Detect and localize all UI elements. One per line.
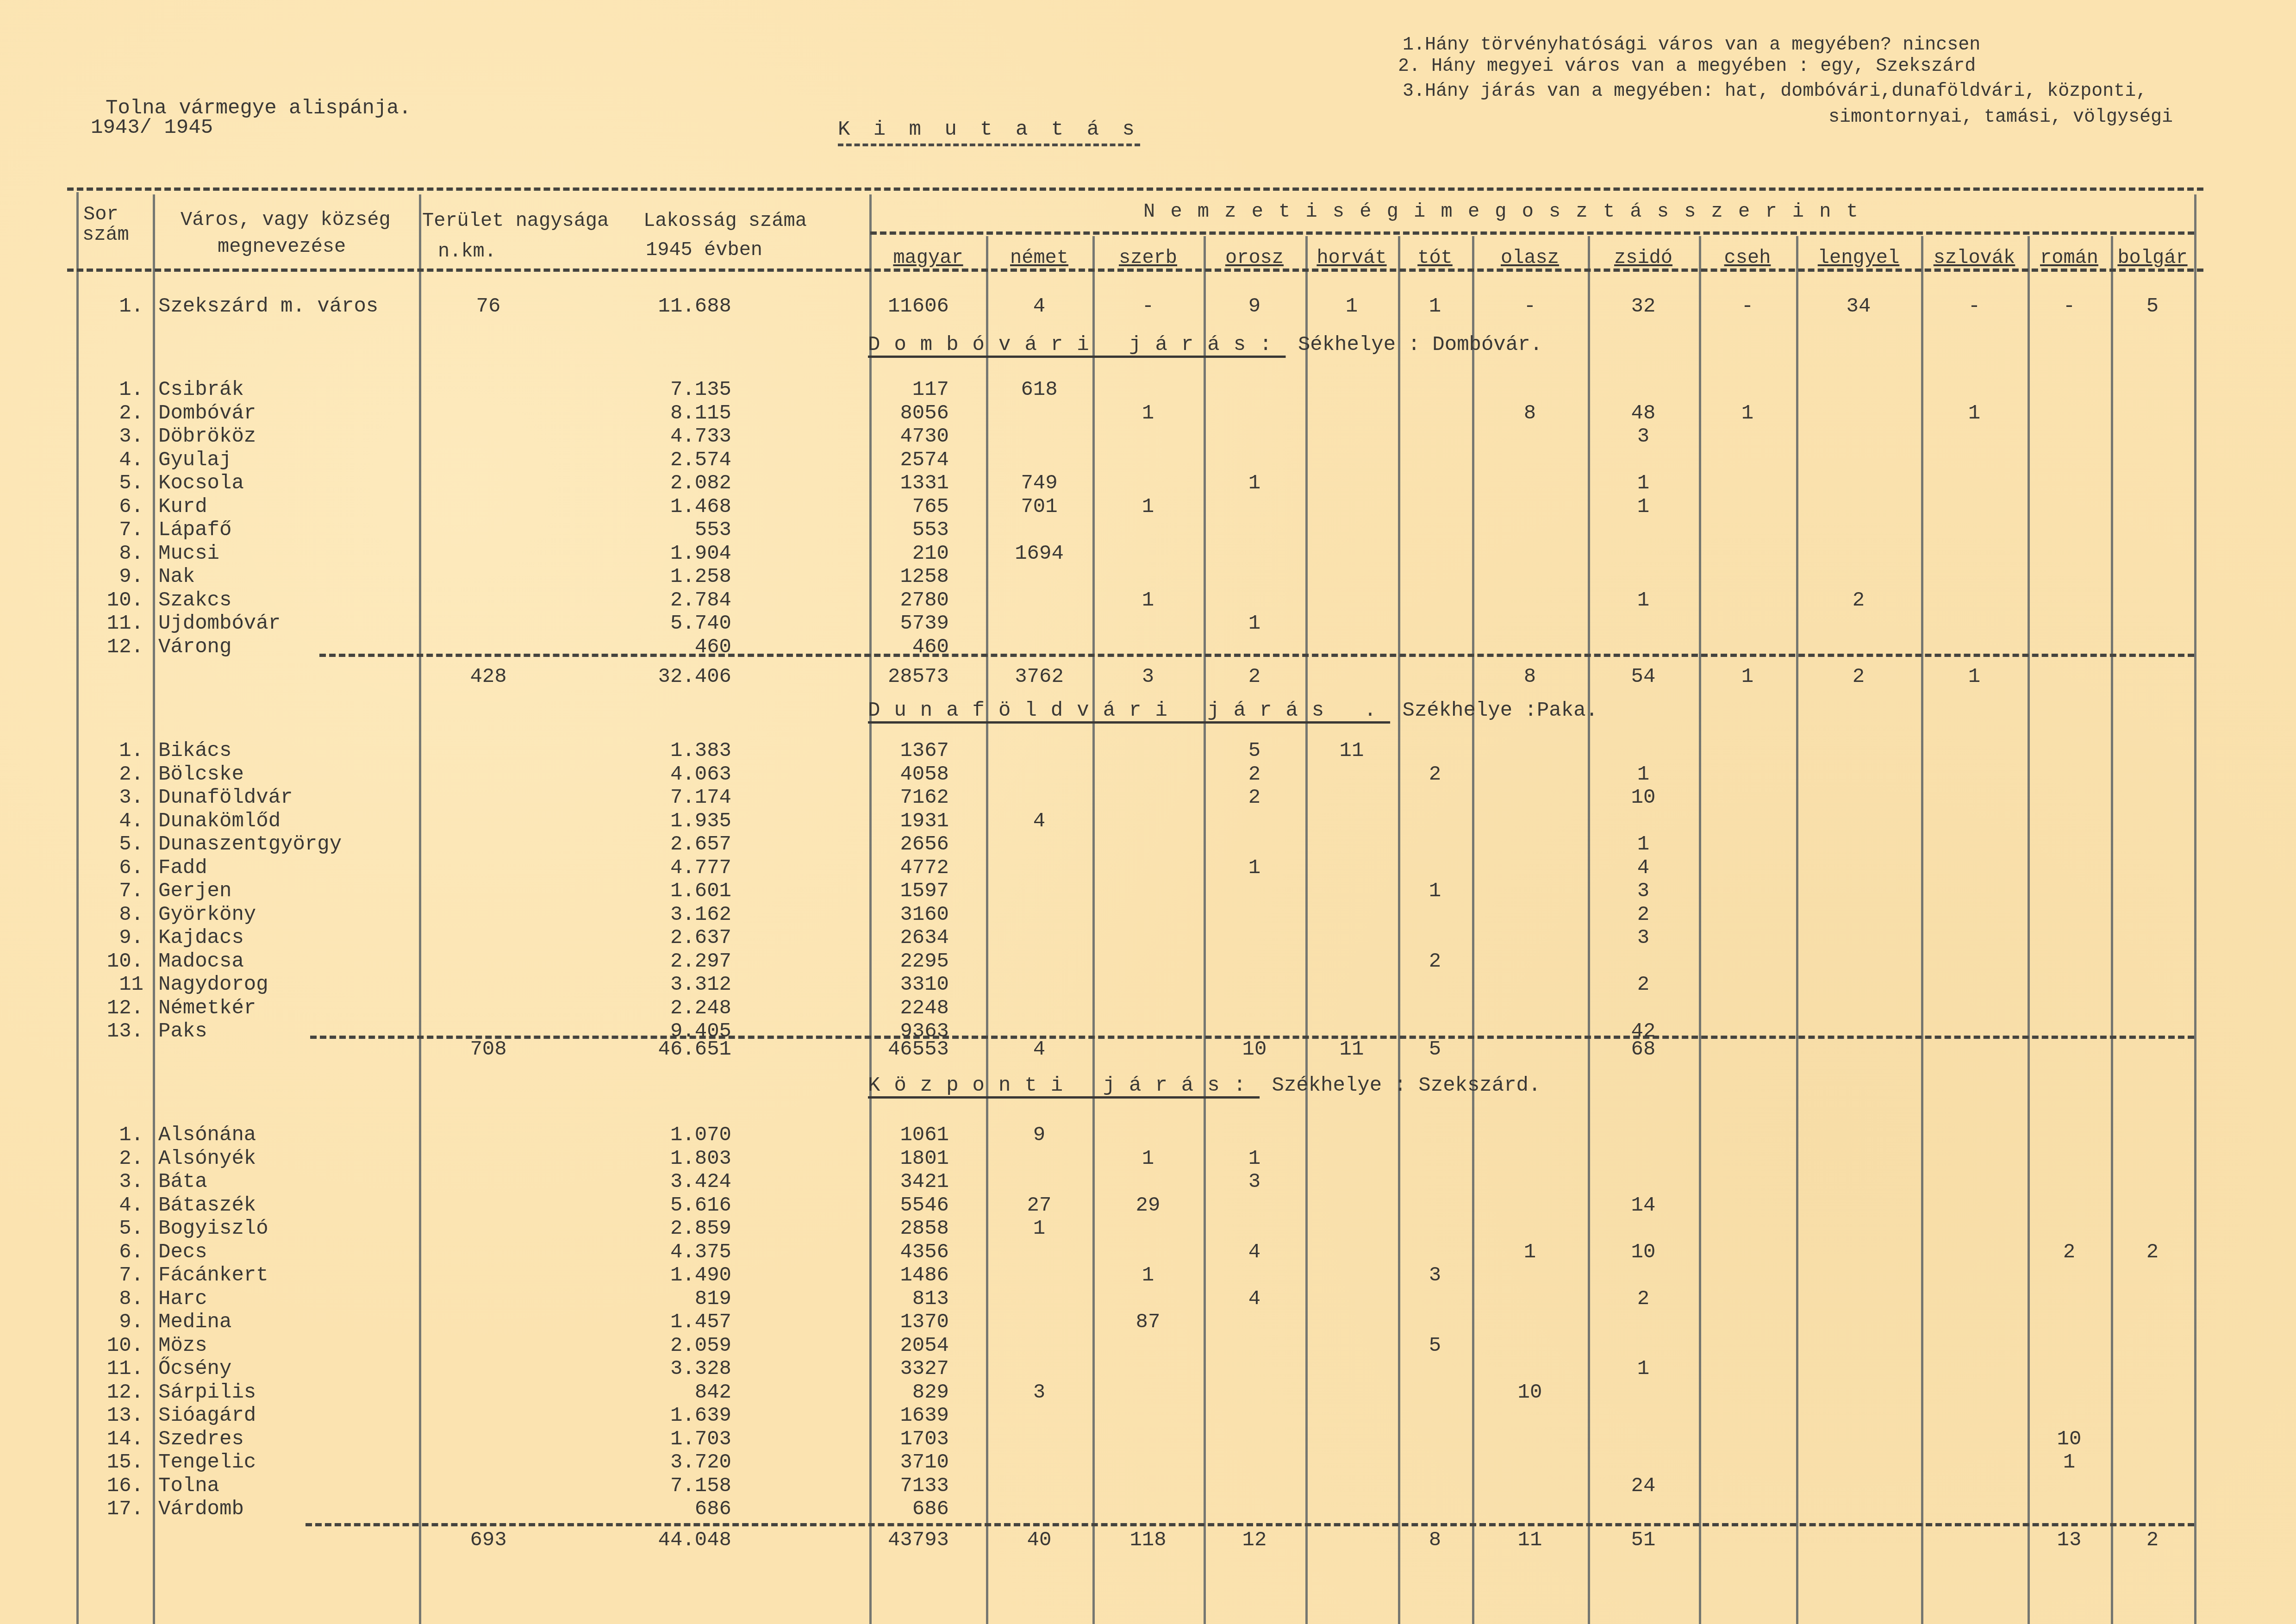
row-number: 10. xyxy=(79,951,143,972)
row-number: 6. xyxy=(79,497,143,517)
population-value: 7.158 xyxy=(620,1476,731,1496)
cell-szerb: 1 xyxy=(1092,590,1204,611)
municipality-name: Bátaszék xyxy=(158,1195,418,1216)
cell-orosz: 12 xyxy=(1204,1530,1305,1550)
issuer-label: Tolna vármegye alispánja. xyxy=(106,98,411,119)
population-value: 7.135 xyxy=(620,380,731,400)
column-rule xyxy=(1398,236,1400,1624)
cell-magyar: 553 xyxy=(870,520,949,540)
municipality-name: Nak xyxy=(158,567,418,587)
population-value: 46.651 xyxy=(620,1039,731,1060)
population-value: 3.162 xyxy=(620,905,731,925)
population-value: 2.784 xyxy=(620,590,731,611)
cell-olasz: - xyxy=(1472,296,1588,317)
cell-német: 749 xyxy=(986,473,1092,493)
row-number: 5. xyxy=(79,1218,143,1239)
municipality-name: Mözs xyxy=(158,1336,418,1356)
population-value: 2.297 xyxy=(620,951,731,972)
cell-orosz: 3 xyxy=(1204,1172,1305,1192)
cell-orosz: 4 xyxy=(1204,1289,1305,1309)
cell-román: - xyxy=(2028,296,2111,317)
population-value: 1.457 xyxy=(620,1312,731,1332)
column-rule xyxy=(2111,236,2113,1624)
cell-tót: 1 xyxy=(1398,881,1472,901)
column-rule xyxy=(1305,236,1308,1624)
cell-német: 3 xyxy=(986,1382,1092,1403)
col-header-szerb: szerb xyxy=(1092,246,1204,269)
cell-horvát: 11 xyxy=(1305,1039,1398,1060)
municipality-name: Medina xyxy=(158,1312,418,1332)
cell-bolgár: 5 xyxy=(2111,296,2194,317)
municipality-name: Lápafő xyxy=(158,520,418,540)
population-value: 1.703 xyxy=(620,1429,731,1449)
cell-magyar: 1486 xyxy=(870,1265,949,1286)
cell-tót: 8 xyxy=(1398,1530,1472,1550)
cell-magyar: 460 xyxy=(870,637,949,657)
area-value: 708 xyxy=(419,1039,558,1060)
col-header-name-2: megnevezése xyxy=(218,235,346,258)
row-number: 13. xyxy=(79,1021,143,1042)
cell-magyar: 2248 xyxy=(870,998,949,1018)
district-seat: Székhelye :Paka. xyxy=(1403,699,1598,722)
col-header-magyar: magyar xyxy=(870,246,986,269)
cell-román: 10 xyxy=(2028,1429,2111,1449)
district-seat: Sékhelye : Dombóvár. xyxy=(1298,333,1542,356)
district-title: Dombóvári járás: Sékhelye : Dombóvár. xyxy=(868,333,1542,356)
cell-német: 1694 xyxy=(986,543,1092,564)
municipality-name: Madocsa xyxy=(158,951,418,972)
cell-szerb: 1 xyxy=(1092,1149,1204,1169)
population-value: 1.070 xyxy=(620,1125,731,1145)
cell-magyar: 7133 xyxy=(870,1476,949,1496)
cell-magyar: 46553 xyxy=(870,1039,949,1060)
question-3: 3.Hány járás van a megyében: hat, dombóv… xyxy=(1403,82,2147,101)
cell-orosz: 4 xyxy=(1204,1242,1305,1262)
population-value: 11.688 xyxy=(620,296,731,317)
cell-zsidó: 2 xyxy=(1588,905,1699,925)
cell-orosz: 2 xyxy=(1204,764,1305,785)
cell-magyar: 2295 xyxy=(870,951,949,972)
cell-szerb: 3 xyxy=(1092,667,1204,687)
cell-magyar: 813 xyxy=(870,1289,949,1309)
cell-magyar: 7162 xyxy=(870,787,949,808)
cell-magyar: 3310 xyxy=(870,974,949,995)
col-header-sor: Sor xyxy=(83,203,119,226)
cell-horvát: 11 xyxy=(1305,741,1398,761)
municipality-name: Tolna xyxy=(158,1476,418,1496)
population-value: 1.468 xyxy=(620,497,731,517)
municipality-name: Gyulaj xyxy=(158,450,418,470)
col-header-német: német xyxy=(986,246,1092,269)
cell-zsidó: 14 xyxy=(1588,1195,1699,1216)
row-number: 16. xyxy=(79,1476,143,1496)
municipality-name: Németkér xyxy=(158,998,418,1018)
col-header-horvát: horvát xyxy=(1305,246,1398,269)
col-header-tót: tót xyxy=(1398,246,1472,269)
population-value: 3.312 xyxy=(620,974,731,995)
cell-magyar: 3710 xyxy=(870,1452,949,1473)
row-number: 3. xyxy=(79,787,143,808)
municipality-name: Gerjen xyxy=(158,881,418,901)
cell-magyar: 210 xyxy=(870,543,949,564)
row-number: 9. xyxy=(79,928,143,948)
cell-zsidó: 3 xyxy=(1588,881,1699,901)
municipality-name: Sióagárd xyxy=(158,1405,418,1426)
municipality-name: Dombóvár xyxy=(158,403,418,424)
population-value: 819 xyxy=(620,1289,731,1309)
year-label: 1943/ 1945 xyxy=(91,118,213,138)
municipality-name: Sárpilis xyxy=(158,1382,418,1403)
col-header-lengyel: lengyel xyxy=(1796,246,1921,269)
population-value: 8.115 xyxy=(620,403,731,424)
cell-magyar: 2858 xyxy=(870,1218,949,1239)
population-value: 2.059 xyxy=(620,1336,731,1356)
cell-német: 4 xyxy=(986,1039,1092,1060)
cell-magyar: 1370 xyxy=(870,1312,949,1332)
cell-orosz: 1 xyxy=(1204,473,1305,493)
population-value: 460 xyxy=(620,637,731,657)
cell-zsidó: 3 xyxy=(1588,426,1699,447)
municipality-name: Őcsény xyxy=(158,1359,418,1379)
row-number: 2. xyxy=(79,403,143,424)
cell-szerb: - xyxy=(1092,296,1204,317)
row-number: 5. xyxy=(79,834,143,855)
row-rule xyxy=(306,1523,2194,1526)
cell-magyar: 1639 xyxy=(870,1405,949,1426)
cell-szlovák: 1 xyxy=(1921,403,2028,424)
cell-tót: 5 xyxy=(1398,1336,1472,1356)
row-rule xyxy=(67,187,2203,191)
cell-tót: 3 xyxy=(1398,1265,1472,1286)
question-3-continued: simontornyai, tamási, völgységi xyxy=(1828,108,2173,127)
cell-magyar: 829 xyxy=(870,1382,949,1403)
population-value: 3.424 xyxy=(620,1172,731,1192)
cell-német: 701 xyxy=(986,497,1092,517)
cell-orosz: 10 xyxy=(1204,1039,1305,1060)
municipality-name: Báta xyxy=(158,1172,418,1192)
column-rule xyxy=(2194,194,2196,1624)
cell-magyar: 117 xyxy=(870,380,949,400)
row-number: 1. xyxy=(79,741,143,761)
row-number: 4. xyxy=(79,450,143,470)
district-title: Dunaföldvári járás . Székhelye :Paka. xyxy=(868,699,1598,722)
population-value: 686 xyxy=(620,1499,731,1519)
column-rule xyxy=(1921,236,1923,1624)
municipality-name: Dunaföldvár xyxy=(158,787,418,808)
cell-orosz: 1 xyxy=(1204,1149,1305,1169)
cell-német: 27 xyxy=(986,1195,1092,1216)
district-seat: Székhelye : Szekszárd. xyxy=(1272,1074,1541,1097)
cell-magyar: 2634 xyxy=(870,928,949,948)
cell-szerb: 29 xyxy=(1092,1195,1204,1216)
cell-zsidó: 51 xyxy=(1588,1530,1699,1550)
cell-szerb: 1 xyxy=(1092,403,1204,424)
municipality-name: Paks xyxy=(158,1021,418,1042)
cell-német: 4 xyxy=(986,296,1092,317)
cell-magyar: 28573 xyxy=(870,667,949,687)
col-header-cseh: cseh xyxy=(1699,246,1796,269)
cell-magyar: 2054 xyxy=(870,1336,949,1356)
cell-magyar: 3327 xyxy=(870,1359,949,1379)
cell-zsidó: 32 xyxy=(1588,296,1699,317)
population-value: 1.383 xyxy=(620,741,731,761)
municipality-name: Fadd xyxy=(158,858,418,878)
municipality-name: Alsónyék xyxy=(158,1149,418,1169)
municipality-name: Dunaszentgyörgy xyxy=(158,834,418,855)
row-number: 12. xyxy=(79,1382,143,1403)
municipality-name: Csibrák xyxy=(158,380,418,400)
cell-német: 40 xyxy=(986,1530,1092,1550)
row-number: 13. xyxy=(79,1405,143,1426)
row-number: 8. xyxy=(79,543,143,564)
municipality-name: Bogyiszló xyxy=(158,1218,418,1239)
municipality-name: Várong xyxy=(158,637,418,657)
row-number: 14. xyxy=(79,1429,143,1449)
municipality-name: Harc xyxy=(158,1289,418,1309)
row-number: 7. xyxy=(79,881,143,901)
row-number: 8. xyxy=(79,1289,143,1309)
population-value: 44.048 xyxy=(620,1530,731,1550)
column-rule xyxy=(153,194,155,1624)
cell-szerb: 1 xyxy=(1092,1265,1204,1286)
col-header-bolgár: bolgár xyxy=(2111,246,2194,269)
row-number: 15. xyxy=(79,1452,143,1473)
cell-magyar: 8056 xyxy=(870,403,949,424)
population-value: 1.639 xyxy=(620,1405,731,1426)
cell-zsidó: 2 xyxy=(1588,1289,1699,1309)
cell-magyar: 1331 xyxy=(870,473,949,493)
population-value: 2.637 xyxy=(620,928,731,948)
row-number: 10. xyxy=(79,590,143,611)
population-value: 1.904 xyxy=(620,543,731,564)
row-number: 1. xyxy=(79,1125,143,1145)
municipality-name: Mucsi xyxy=(158,543,418,564)
population-value: 1.803 xyxy=(620,1149,731,1169)
row-rule xyxy=(319,654,2194,657)
cell-horvát: 1 xyxy=(1305,296,1398,317)
cell-román: 13 xyxy=(2028,1530,2111,1550)
cell-orosz: 5 xyxy=(1204,741,1305,761)
cell-zsidó: 68 xyxy=(1588,1039,1699,1060)
population-value: 5.616 xyxy=(620,1195,731,1216)
municipality-name: Bikács xyxy=(158,741,418,761)
column-rule xyxy=(2028,236,2030,1624)
cell-német: 9 xyxy=(986,1125,1092,1145)
cell-zsidó: 4 xyxy=(1588,858,1699,878)
cell-magyar: 686 xyxy=(870,1499,949,1519)
col-header-szam: szám xyxy=(82,223,129,246)
cell-zsidó: 1 xyxy=(1588,1359,1699,1379)
cell-magyar: 3421 xyxy=(870,1172,949,1192)
cell-magyar: 4730 xyxy=(870,426,949,447)
row-rule xyxy=(870,231,2194,235)
cell-zsidó: 1 xyxy=(1588,834,1699,855)
row-number: 3. xyxy=(79,1172,143,1192)
cell-zsidó: 48 xyxy=(1588,403,1699,424)
municipality-name: Fácánkert xyxy=(158,1265,418,1286)
column-rule xyxy=(1472,236,1474,1624)
population-value: 4.063 xyxy=(620,764,731,785)
cell-orosz: 2 xyxy=(1204,787,1305,808)
municipality-name: Bölcske xyxy=(158,764,418,785)
population-value: 2.574 xyxy=(620,450,731,470)
row-number: 12. xyxy=(79,637,143,657)
municipality-name: Várdomb xyxy=(158,1499,418,1519)
cell-orosz: 1 xyxy=(1204,858,1305,878)
cell-magyar: 2574 xyxy=(870,450,949,470)
district-name: Központi járás: xyxy=(868,1074,1260,1097)
cell-magyar: 765 xyxy=(870,497,949,517)
municipality-name: Alsónána xyxy=(158,1125,418,1145)
question-2: 2. Hány megyei város van a megyében : eg… xyxy=(1398,57,1976,76)
column-rule xyxy=(1699,236,1701,1624)
cell-magyar: 1931 xyxy=(870,811,949,831)
row-number: 4. xyxy=(79,811,143,831)
district-title: Központi járás: Székhelye : Szekszárd. xyxy=(868,1074,1541,1097)
population-value: 2.082 xyxy=(620,473,731,493)
row-number: 9. xyxy=(79,1312,143,1332)
question-1: 1.Hány törvényhatósági város van a megyé… xyxy=(1403,36,1980,55)
cell-szerb: 118 xyxy=(1092,1530,1204,1550)
cell-lengyel: 2 xyxy=(1796,667,1921,687)
cell-magyar: 1258 xyxy=(870,567,949,587)
cell-cseh: 1 xyxy=(1699,667,1796,687)
row-number: 7. xyxy=(79,1265,143,1286)
row-number: 5. xyxy=(79,473,143,493)
cell-tót: 1 xyxy=(1398,296,1472,317)
row-number: 12. xyxy=(79,998,143,1018)
row-number: 11. xyxy=(79,1359,143,1379)
population-value: 7.174 xyxy=(620,787,731,808)
row-number: 4. xyxy=(79,1195,143,1216)
cell-zsidó: 54 xyxy=(1588,667,1699,687)
municipality-name: Dunakömlőd xyxy=(158,811,418,831)
cell-német: 4 xyxy=(986,811,1092,831)
cell-orosz: 9 xyxy=(1204,296,1305,317)
col-header-orosz: orosz xyxy=(1204,246,1305,269)
col-header-zsidó: zsidó xyxy=(1588,246,1699,269)
cell-német: 618 xyxy=(986,380,1092,400)
population-value: 2.859 xyxy=(620,1218,731,1239)
cell-olasz: 10 xyxy=(1472,1382,1588,1403)
cell-magyar: 5546 xyxy=(870,1195,949,1216)
cell-lengyel: 2 xyxy=(1796,590,1921,611)
cell-zsidó: 3 xyxy=(1588,928,1699,948)
municipality-name: Nagydorog xyxy=(158,974,418,995)
column-rule xyxy=(1092,236,1095,1624)
cell-zsidó: 24 xyxy=(1588,1476,1699,1496)
cell-zsidó: 1 xyxy=(1588,590,1699,611)
row-number: 8. xyxy=(79,905,143,925)
cell-tót: 2 xyxy=(1398,764,1472,785)
col-header-area-unit: n.km. xyxy=(438,240,496,263)
column-rule xyxy=(1204,236,1206,1624)
cell-lengyel: 34 xyxy=(1796,296,1921,317)
population-value: 4.375 xyxy=(620,1242,731,1262)
cell-magyar: 1703 xyxy=(870,1429,949,1449)
cell-szlovák: - xyxy=(1921,296,2028,317)
row-number: 10. xyxy=(79,1336,143,1356)
cell-orosz: 1 xyxy=(1204,613,1305,634)
cell-magyar: 1367 xyxy=(870,741,949,761)
population-value: 1.490 xyxy=(620,1265,731,1286)
cell-bolgár: 2 xyxy=(2111,1530,2194,1550)
cell-magyar: 11606 xyxy=(870,296,949,317)
population-value: 842 xyxy=(620,1382,731,1403)
municipality-name: Szedres xyxy=(158,1429,418,1449)
area-value: 428 xyxy=(419,667,558,687)
cell-román: 1 xyxy=(2028,1452,2111,1473)
municipality-name: Szekszárd m. város xyxy=(158,296,418,317)
column-rule xyxy=(419,194,421,1624)
cell-román: 2 xyxy=(2028,1242,2111,1262)
population-value: 2.248 xyxy=(620,998,731,1018)
row-number: 6. xyxy=(79,858,143,878)
cell-magyar: 43793 xyxy=(870,1530,949,1550)
row-number: 11 xyxy=(79,974,143,995)
cell-magyar: 2656 xyxy=(870,834,949,855)
cell-szlovák: 1 xyxy=(1921,667,2028,687)
col-header-olasz: olasz xyxy=(1472,246,1588,269)
cell-olasz: 11 xyxy=(1472,1530,1588,1550)
population-value: 4.733 xyxy=(620,426,731,447)
row-number: 2. xyxy=(79,1149,143,1169)
district-name: Dombóvári járás: xyxy=(868,333,1285,356)
municipality-name: Tengelic xyxy=(158,1452,418,1473)
row-number: 11. xyxy=(79,613,143,634)
cell-olasz: 1 xyxy=(1472,1242,1588,1262)
cell-cseh: 1 xyxy=(1699,403,1796,424)
cell-szerb: 1 xyxy=(1092,497,1204,517)
district-name: Dunaföldvári járás . xyxy=(868,699,1390,722)
cell-cseh: - xyxy=(1699,296,1796,317)
col-header-nationality-group: N e m z e t i s é g i m e g o s z t á s … xyxy=(1143,200,1860,223)
cell-magyar: 4058 xyxy=(870,764,949,785)
row-number: 7. xyxy=(79,520,143,540)
population-value: 3.328 xyxy=(620,1359,731,1379)
cell-zsidó: 10 xyxy=(1588,787,1699,808)
municipality-name: Ujdombóvár xyxy=(158,613,418,634)
municipality-name: Kurd xyxy=(158,497,418,517)
cell-magyar: 3160 xyxy=(870,905,949,925)
municipality-name: Györköny xyxy=(158,905,418,925)
municipality-name: Kajdacs xyxy=(158,928,418,948)
population-value: 1.258 xyxy=(620,567,731,587)
population-value: 1.935 xyxy=(620,811,731,831)
row-number: 2. xyxy=(79,764,143,785)
cell-magyar: 1061 xyxy=(870,1125,949,1145)
population-value: 3.720 xyxy=(620,1452,731,1473)
municipality-name: Kocsola xyxy=(158,473,418,493)
row-number: 9. xyxy=(79,567,143,587)
cell-olasz: 8 xyxy=(1472,403,1588,424)
document-title: K i m u t a t á s xyxy=(838,119,1140,146)
row-number: 1. xyxy=(79,296,143,317)
col-header-szlovák: szlovák xyxy=(1921,246,2028,269)
cell-zsidó: 2 xyxy=(1588,974,1699,995)
col-header-román: román xyxy=(2028,246,2111,269)
cell-német: 1 xyxy=(986,1218,1092,1239)
row-number: 1. xyxy=(79,380,143,400)
row-number: 3. xyxy=(79,426,143,447)
cell-német: 3762 xyxy=(986,667,1092,687)
table-row: 69344.04843793401181281151132 xyxy=(0,0,2296,23)
col-header-area: Terület nagysága xyxy=(422,209,609,232)
municipality-name: Decs xyxy=(158,1242,418,1262)
cell-orosz: 2 xyxy=(1204,667,1305,687)
row-number: 6. xyxy=(79,1242,143,1262)
cell-zsidó: 1 xyxy=(1588,764,1699,785)
